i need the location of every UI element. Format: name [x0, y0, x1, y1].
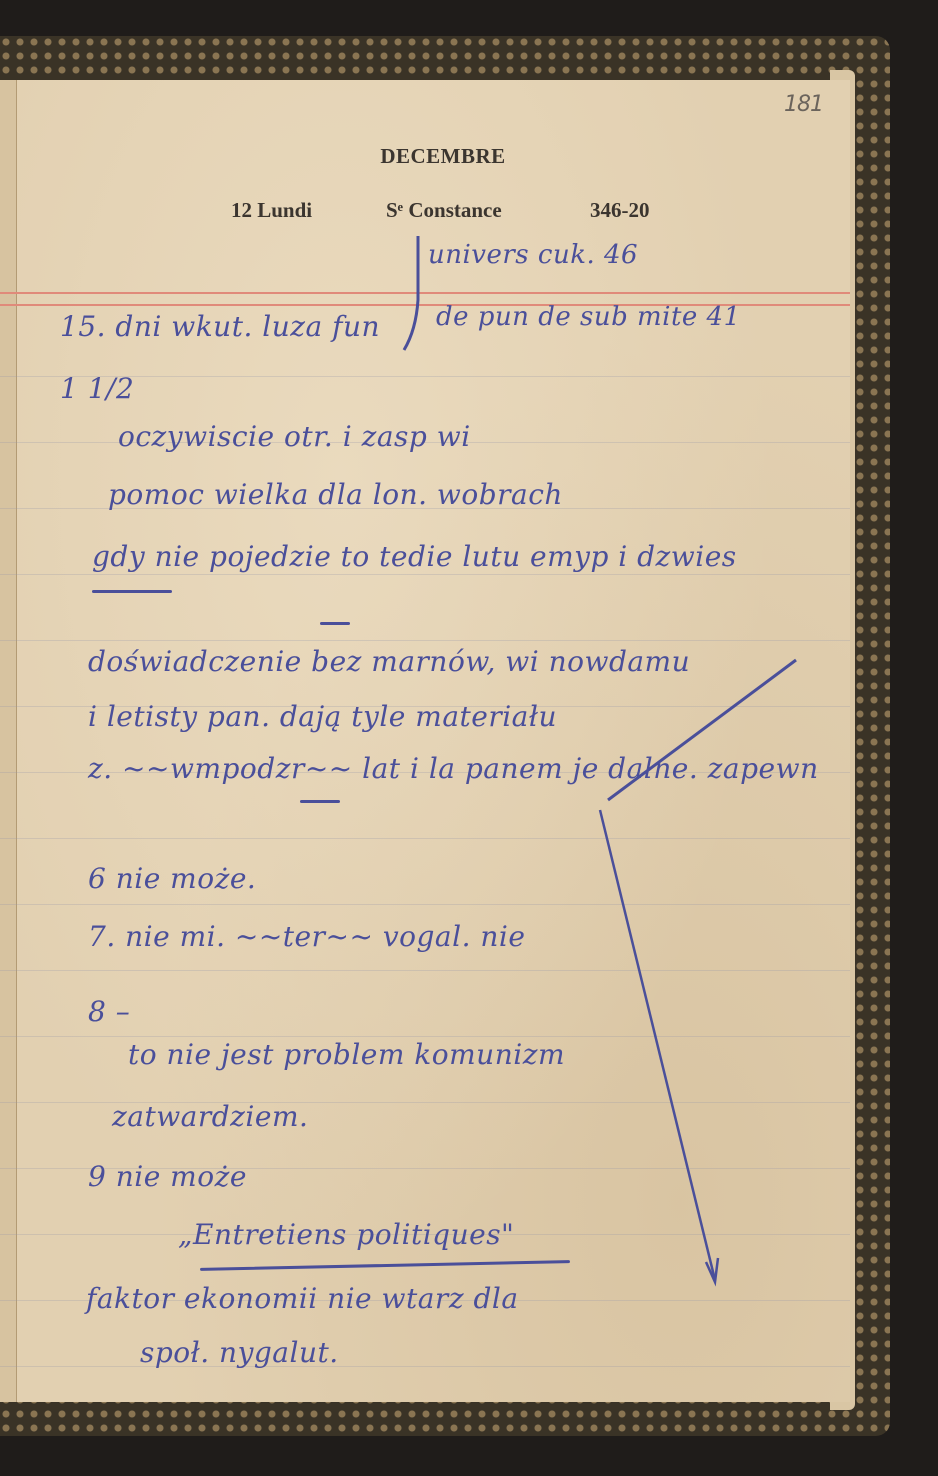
- underline-stroke: [300, 800, 340, 803]
- handwritten-line: i letisty pan. dają tyle materiału: [88, 700, 557, 733]
- handwritten-line: oczywiscie otr. i zasp wi: [118, 420, 471, 453]
- page-number: 181: [784, 92, 823, 117]
- ruled-line: [0, 904, 850, 905]
- handwritten-line: z. ~~wmpodzr~~ lat i la panem je dalne. …: [88, 752, 819, 785]
- handwritten-line: gdy nie pojedzie to tedie lutu emyp i dz…: [92, 540, 737, 573]
- saint-label: Sᵉ Constance: [386, 198, 502, 223]
- handwritten-note-top-right: univers cuk. 46: [428, 240, 638, 270]
- handwritten-line: 1 1/2: [60, 372, 134, 405]
- dash-stroke: [320, 622, 350, 625]
- handwritten-heading: „Entretiens politiques": [178, 1218, 514, 1251]
- handwritten-line: pomoc wielka dla lon. wobrach: [108, 478, 563, 511]
- facing-page-edge: [0, 80, 17, 1402]
- handwritten-line: doświadczenie bez marnów, wi nowdamu: [88, 645, 690, 678]
- diary-page: [0, 80, 850, 1402]
- ruled-line: [0, 838, 850, 839]
- handwritten-line: 6 nie może.: [88, 862, 256, 895]
- handwritten-line: to nie jest problem komunizm: [128, 1038, 565, 1071]
- month-heading: DECEMBRE: [0, 144, 886, 169]
- handwritten-line: 15. dni wkut. luza fun: [60, 310, 380, 343]
- day-of-year: 346-20: [590, 198, 650, 223]
- handwritten-line: społ. nygalut.: [140, 1336, 339, 1369]
- handwritten-note-top-right: de pun de sub mite 41: [436, 302, 741, 332]
- handwritten-line: faktor ekonomii nie wtarz dla: [86, 1282, 519, 1315]
- handwritten-line: 9 nie może: [88, 1160, 247, 1193]
- ruled-line: [0, 640, 850, 641]
- handwritten-line: zatwardziem.: [112, 1100, 308, 1133]
- red-margin-rule: [0, 292, 850, 294]
- ruled-line: [0, 1036, 850, 1037]
- ruled-line: [0, 970, 850, 971]
- day-label: 12 Lundi: [231, 198, 312, 223]
- ruled-line: [0, 574, 850, 575]
- ruled-line: [0, 1366, 850, 1367]
- underline-stroke: [92, 590, 172, 593]
- handwritten-line: 8 –: [88, 995, 130, 1028]
- handwritten-line: 7. nie mi. ~~ter~~ vogal. nie: [88, 920, 525, 953]
